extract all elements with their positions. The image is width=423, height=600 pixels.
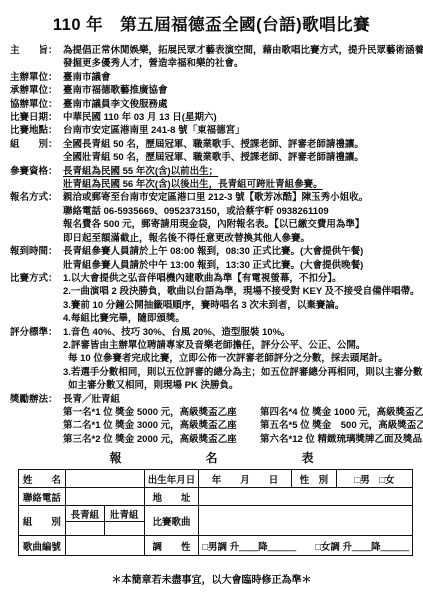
form-row-song-number: 歌曲編號 調 性 □男調 升＿＿降＿＿＿ □女調 升＿＿降＿＿＿ — [19, 536, 413, 556]
checkin-line-2: 壯青組參賽人員請於中午 13:00 報到，13:30 正式比賽。(大會提供晚餐) — [63, 259, 413, 272]
group-b-label: 壯青組 — [104, 506, 144, 522]
checkin-content: 長青組參賽人員請於上午 08:00 報到，08:30 正式比賽。(大會提供午餐)… — [63, 245, 413, 272]
format-content: 1.以大會提供之弘音伴唱機內建歌曲為準【有電視螢幕，不扣分】。 2.一曲演唱 2… — [63, 272, 413, 326]
key-label: 調 性 — [144, 536, 199, 556]
eligibility-label: 參賽資格： — [10, 165, 63, 192]
award-first: 第一名*1 位 獎金 5000 元，高級獎盃乙座 — [63, 406, 260, 419]
organizer-label: 主辦單位： — [10, 71, 63, 84]
registration-form-title: 報 名 表 — [10, 449, 413, 466]
form-row-group-header: 組 別 長青組 壯青組 比賽歌曲 — [19, 506, 413, 522]
phone-label: 聯絡電話 — [19, 488, 66, 506]
award-sixth: 第六名*12 位 精緻琉璃獎牌乙面及獎品乙份 — [260, 433, 423, 446]
section-registration: 報名方式： 親洽或郵寄至台南市安定區港口里 212-3 號【歌芳冰酷】陳玉秀小姐… — [10, 191, 413, 245]
group-a-label: 長青組 — [65, 506, 104, 522]
judging-line-2: 2.評審皆由主辦單位聘請專家及音樂老師擔任，評分公平、公正、公開。 — [63, 339, 413, 352]
gender-label: 性 別 — [291, 470, 336, 488]
judging-line-3: 每 10 位參賽者完成比賽，立即公佈一次評審老師評分之分數，採去頭尾計。 — [63, 352, 413, 365]
purpose-line-1: 為提倡正常休閒娛樂，拓展民眾才藝表演空間，藉由歌唱比賽方式，提升民眾藝術涵養， — [63, 44, 413, 57]
section-awards: 獎勵辦法： 長青／壯青組 第一名*1 位 獎金 5000 元，高級獎盃乙座 第四… — [10, 393, 413, 447]
registration-label: 報名方式： — [10, 191, 63, 245]
groups-label: 組 別： — [10, 138, 63, 165]
judging-line-4: 3.若選手分數相同，則以五位評審的總分為主；如五位評審總分再相同，則以主審分數為… — [63, 366, 413, 379]
groups-content: 全國長青組 50 名，歷屆冠軍、職業歌手、授課老師、評審老師請禮讓。 全國壯青組… — [63, 138, 413, 165]
date-text: 中華民國 110 年 03 月 13 日(星期六) — [63, 111, 413, 124]
purpose-content: 為提倡正常休閒娛樂，拓展民眾才藝表演空間，藉由歌唱比賽方式，提升民眾藝術涵養， … — [63, 44, 413, 71]
section-venue: 比賽地點： 台南市安定區港南里 241-8 號「東福德宮」 — [10, 124, 413, 137]
eligibility-line-1: 長青組為民國 55 年次(含)以前出生； — [63, 165, 413, 178]
flyer-page: 110 年 第五屆福德盃全國(台語)歌唱比賽 主 旨： 為提倡正常休閒娛樂，拓展… — [0, 0, 423, 600]
footer-note: ＊本簡章若未盡事宜，以大會臨時修正為準＊ — [10, 571, 413, 586]
section-checkin: 報到時間： 長青組參賽人員請於上午 08:00 報到，08:30 正式比賽。(大… — [10, 245, 413, 272]
song-input-cell — [199, 506, 413, 536]
coorganizer-label: 協辦單位： — [10, 98, 63, 111]
section-format: 比賽方式： 1.以大會提供之弘音伴唱機內建歌曲為準【有電視螢幕，不扣分】。 2.… — [10, 272, 413, 326]
song-no-label: 歌曲編號 — [19, 536, 66, 556]
award-second: 第二名*1 位 獎金 3000 元，高級獎盃乙座 — [63, 419, 260, 432]
section-groups: 組 別： 全國長青組 50 名，歷屆冠軍、職業歌手、授課老師、評審老師請禮讓。 … — [10, 138, 413, 165]
form-row-contact: 聯絡電話 地 址 — [19, 488, 413, 506]
awards-label: 獎勵辦法： — [10, 393, 63, 447]
name-label: 姓 名 — [19, 470, 66, 488]
registration-line-3: 報名費各 500 元，郵寄請用現金袋，內附報名表。【以已繳交費用為準】 — [63, 218, 413, 231]
judging-line-1: 1.音色 40%、技巧 30%、台風 20%、造型服裝 10%。 — [63, 326, 413, 339]
address-label: 地 址 — [144, 488, 199, 506]
section-purpose: 主 旨： 為提倡正常休閒娛樂，拓展民眾才藝表演空間，藉由歌唱比賽方式，提升民眾藝… — [10, 44, 413, 71]
section-judging: 評分標準： 1.音色 40%、技巧 30%、台風 20%、造型服裝 10%。 2… — [10, 326, 413, 393]
gender-checkboxes: □男 □女 — [336, 470, 412, 488]
purpose-line-2: 發掘更多優秀人才，營造幸福和樂的社會。 — [63, 57, 413, 70]
phone-input-cell — [65, 488, 144, 506]
eligibility-content: 長青組為民國 55 年次(含)以前出生； 壯青組為民國 56 年次(含)以後出生… — [63, 165, 413, 192]
awards-row-2: 第二名*1 位 獎金 3000 元，高級獎盃乙座 第五名*5 位 獎金 500 … — [63, 419, 413, 432]
awards-row-1: 第一名*1 位 獎金 5000 元，高級獎盃乙座 第四名*4 位 獎金 1000… — [63, 406, 413, 419]
page-title: 110 年 第五屆福德盃全國(台語)歌唱比賽 — [10, 11, 413, 35]
awards-content: 長青／壯青組 第一名*1 位 獎金 5000 元，高級獎盃乙座 第四名*4 位 … — [63, 393, 413, 447]
group-b-input-cell — [104, 522, 144, 536]
coorganizer-text: 臺南市議員李文俊服務處 — [63, 98, 413, 111]
venue-label: 比賽地點： — [10, 124, 63, 137]
section-organizer: 主辦單位： 臺南市議會 — [10, 71, 413, 84]
registration-form-table: 姓 名 出生年月日 年 月 日 性 別 □男 □女 聯絡電話 地 址 組 別 長… — [18, 469, 413, 556]
eligibility-line-2: 壯青組為民國 56 年次(含)以後出生，長青組可跨壯青組參賽。 — [63, 178, 413, 191]
registration-content: 親洽或郵寄至台南市安定區港口里 212-3 號【歌芳冰酷】陳玉秀小姐收。 聯絡電… — [63, 191, 413, 245]
groups-line-2: 全國壯青組 50 名，歷屆冠軍、職業歌手、授課老師、評審老師請禮讓。 — [63, 151, 413, 164]
dob-label: 出生年月日 — [144, 470, 199, 488]
judging-content: 1.音色 40%、技巧 30%、台風 20%、造型服裝 10%。 2.評審皆由主… — [63, 326, 413, 393]
name-input-cell — [65, 470, 144, 488]
undertaker-text: 臺南市福德歌藝推廣協會 — [63, 84, 413, 97]
group-label: 組 別 — [19, 506, 66, 536]
date-label: 比賽日期： — [10, 111, 63, 124]
format-line-2: 2.一曲演唱 2 段決勝負，歌曲以台語為準，現場不接受對 KEY 及不接受自備伴… — [63, 285, 413, 298]
awards-group: 長青／壯青組 — [63, 393, 413, 406]
award-third: 第三名*2 位 獎金 2000 元，高級獎盃乙座 — [63, 433, 260, 446]
awards-row-3: 第三名*2 位 獎金 2000 元，高級獎盃乙座 第六名*12 位 精緻琉璃獎牌… — [63, 433, 413, 446]
address-input-cell — [199, 488, 413, 506]
undertaker-label: 承辦單位： — [10, 84, 63, 97]
organizer-text: 臺南市議會 — [63, 71, 413, 84]
group-a-input-cell — [65, 522, 104, 536]
judging-line-5: 如主審分數又相同，則現場 PK 決勝負。 — [63, 379, 413, 392]
section-eligibility: 參賽資格： 長青組為民國 55 年次(含)以前出生； 壯青組為民國 56 年次(… — [10, 165, 413, 192]
song-label: 比賽歌曲 — [144, 506, 199, 536]
judging-label: 評分標準： — [10, 326, 63, 393]
form-row-name: 姓 名 出生年月日 年 月 日 性 別 □男 □女 — [19, 470, 413, 488]
dob-value-cell: 年 月 日 — [199, 470, 292, 488]
format-line-4: 4.每組比賽完畢，隨即頒獎。 — [63, 312, 413, 325]
section-undertaker: 承辦單位： 臺南市福德歌藝推廣協會 — [10, 84, 413, 97]
song-no-input-cell — [65, 536, 144, 556]
format-label: 比賽方式： — [10, 272, 63, 326]
registration-line-4: 即日起至額滿截止，報名後不得任意更改替換其他人參賽。 — [63, 232, 413, 245]
award-fourth: 第四名*4 位 獎金 1000 元，高級獎盃乙座 — [260, 406, 423, 419]
format-line-3: 3.賽前 10 分鐘公開抽籤唱順序，賽時唱名 3 次未到者，以棄賽論。 — [63, 299, 413, 312]
groups-line-1: 全國長青組 50 名，歷屆冠軍、職業歌手、授課老師、評審老師請禮讓。 — [63, 138, 413, 151]
venue-text: 台南市安定區港南里 241-8 號「東福德宮」 — [63, 124, 413, 137]
award-fifth: 第五名*5 位 獎金 500 元，高級獎盃乙座 — [260, 419, 423, 432]
checkin-line-1: 長青組參賽人員請於上午 08:00 報到，08:30 正式比賽。(大會提供午餐) — [63, 245, 413, 258]
purpose-label: 主 旨： — [10, 44, 63, 71]
registration-line-2: 聯絡電話 06-5935669、0952373150，或洽蔡宇軒 0938261… — [63, 205, 413, 218]
section-coorganizer: 協辦單位： 臺南市議員李文俊服務處 — [10, 98, 413, 111]
section-date: 比賽日期： 中華民國 110 年 03 月 13 日(星期六) — [10, 111, 413, 124]
registration-line-1: 親洽或郵寄至台南市安定區港口里 212-3 號【歌芳冰酷】陳玉秀小姐收。 — [63, 191, 413, 204]
format-line-1: 1.以大會提供之弘音伴唱機內建歌曲為準【有電視螢幕，不扣分】。 — [63, 272, 413, 285]
key-checkboxes: □男調 升＿＿降＿＿＿ □女調 升＿＿降＿＿＿ — [199, 536, 413, 556]
checkin-label: 報到時間： — [10, 245, 63, 272]
